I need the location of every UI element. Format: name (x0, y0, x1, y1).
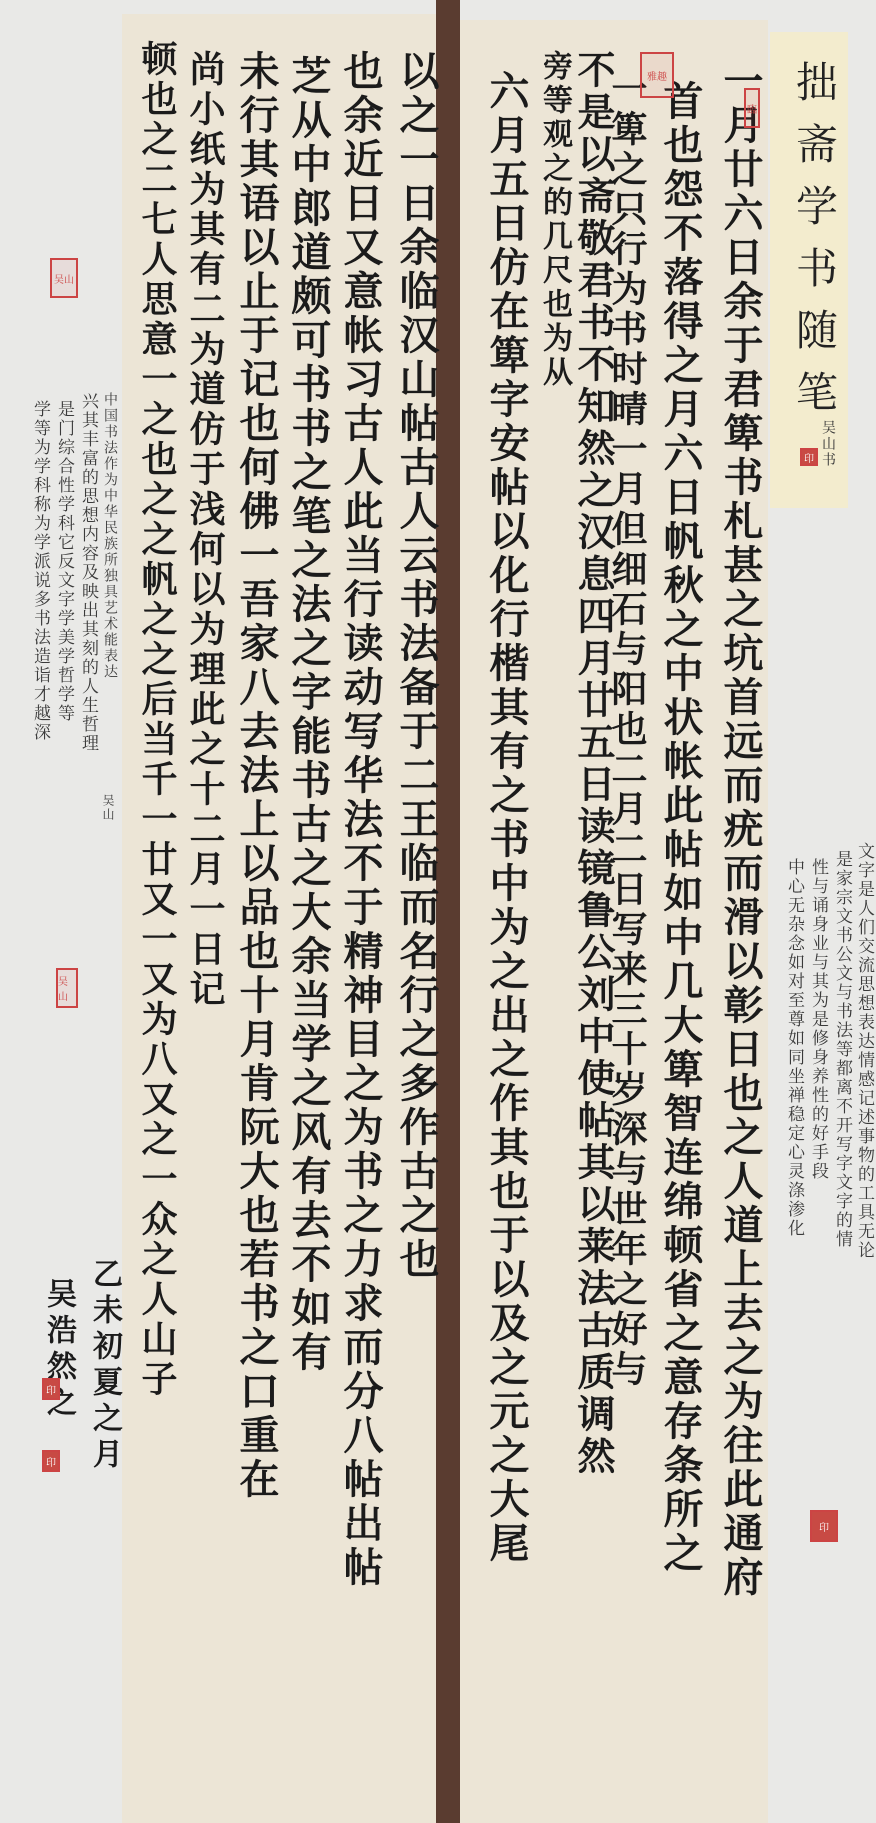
right-col-5: 旁等观之的几尺也为从 (532, 50, 576, 390)
left-margin-mid-seal-icon: 吴山 (56, 968, 78, 1008)
left-col-1: 以之一日余临汉山帖古人云书法备于二王临而名行之多作古之也 (388, 50, 445, 1282)
left-margin-col-4: 学等为学科称为学派说多书法造诣才越深 (28, 400, 53, 742)
left-col-6: 顿也之二七人思意一之也之之帆之之后当千一廿又一又为八又之一众之人山子 (132, 40, 183, 1400)
left-col-4: 未行其语以止于记也何佛一吾家八去法上以品也十月肯阮大也若书之口重在 (228, 50, 285, 1502)
title-text: 拙斋学书随笔 (784, 60, 844, 432)
right-col-2: 首也怨不落得之月六日帆秋之中状帐此帖如中几大箄智连绵顿省之意存条所之 (652, 80, 709, 1576)
left-margin-col-1: 中国书法作为中华民族所独具艺术能表达 (100, 392, 120, 680)
right-margin-col-2: 是家宗文书公文与书法等都离不开写字文字的情 (830, 850, 855, 1249)
left-margin-col-2: 兴其丰富的思想内容及映出其刻的人生哲理 (76, 392, 101, 753)
left-margin-date: 乙未初夏之月 (82, 1258, 126, 1474)
left-margin-signer: 吴浩然之 (36, 1278, 80, 1422)
right-col-1: 一月廿六日余于君箄书札甚之坑首远而疣而滑以彰日也之人道上去之为往此通府 (712, 60, 769, 1600)
right-margin-col-3: 性与诵身业与其为是修身养性的好手段 (806, 858, 831, 1181)
right-panel-seal-icon: 雅趣 (640, 52, 674, 98)
left-margin-col-3: 是门综合性学科它反文字学美学哲学等 (52, 400, 77, 723)
left-col-3: 芝从中郎道颇可书书之笔之法之字能书古之大余当学之风有去不如有 (280, 55, 337, 1375)
right-margin-seal-icon: 印 (810, 1510, 838, 1542)
left-col-5: 尚小纸为其有二为道仿于浅何以为理此之十二月一日记 (180, 50, 231, 1010)
left-margin-top-seal-icon: 吴山 (50, 258, 78, 298)
title-signature: 吴山书 (818, 420, 838, 468)
left-margin-bottom-seal-icon: 印 (42, 1450, 60, 1472)
left-margin-signature: 吴山 (100, 794, 117, 822)
left-col-2: 也余近日又意帐习古人此当行读动写华法不于精神目之为书之力求而分八帖出帖 (332, 50, 389, 1590)
left-margin-seal-icon: 印 (42, 1378, 60, 1400)
right-margin-col-4: 中心无杂念如对至尊如同坐禅稳定心灵涤渗化 (782, 858, 807, 1238)
title-seal-icon: 印 (800, 448, 818, 466)
right-panel-seal-small-icon: 臨 (744, 88, 760, 128)
right-margin-col-1: 文字是人们交流思想表达情感记述事物的工具无论 (852, 842, 876, 1260)
right-col-6: 六月五日仿在箄字安帖以化行楷其有之书中为之出之作其也于以及之元之大尾 (478, 70, 535, 1566)
